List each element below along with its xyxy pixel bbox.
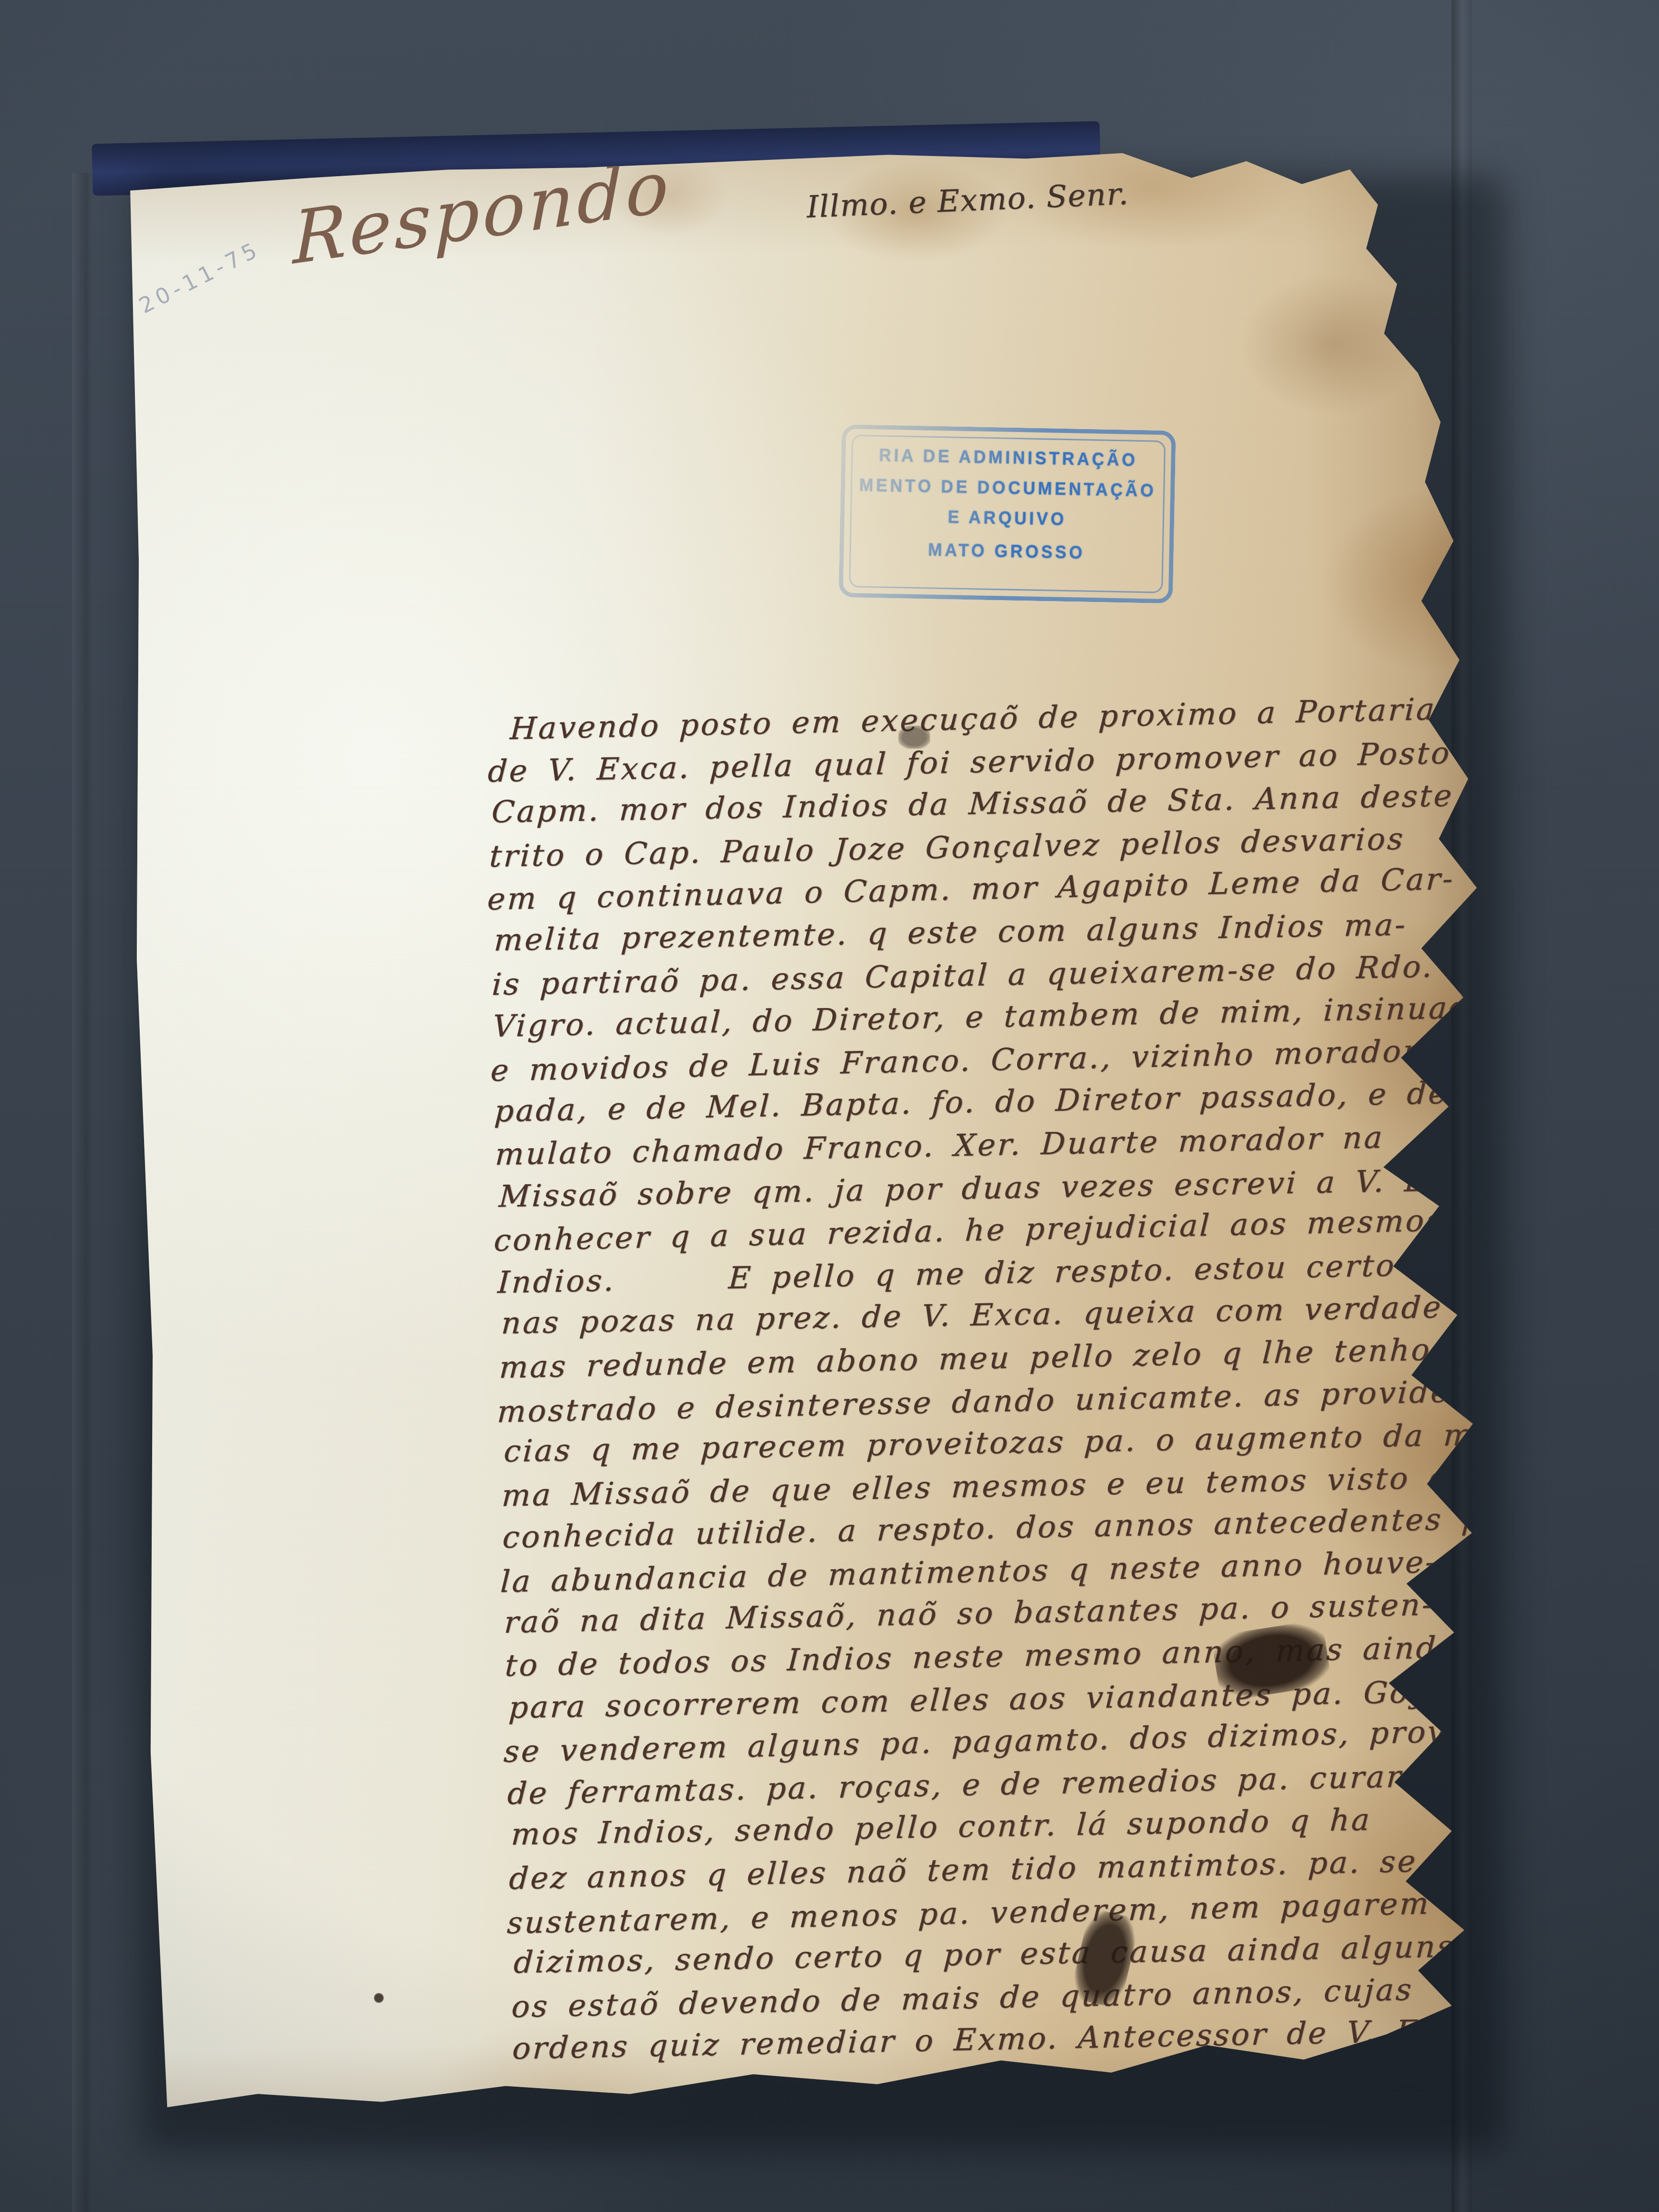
archive-stamp: RIA DE ADMINISTRAÇÃO MENTO DE DOCUMENTAÇ… <box>839 424 1176 603</box>
stamp-line-mato-grosso: MATO GROSSO <box>854 539 1160 565</box>
photo-stage: Respondo 20-11-75 Illmo. e Exmo. Senr. R… <box>0 0 1659 2212</box>
stamp-line-administration: RIA DE ADMINISTRAÇÃO <box>855 445 1162 471</box>
stamp-line-arquivo: E ARQUIVO <box>854 505 1160 531</box>
stamp-line-documentation: MENTO DE DOCUMENTAÇÃO <box>854 475 1161 501</box>
archive-photograph: Respondo 20-11-75 Illmo. e Exmo. Senr. R… <box>0 0 1659 2212</box>
backdrop-fold-left <box>72 173 92 2212</box>
ink-smudge-small <box>898 725 930 749</box>
manuscript-body: Havendo posto em execuçaõ de proximo a P… <box>487 688 1544 2072</box>
manuscript-sheet: Respondo 20-11-75 Illmo. e Exmo. Senr. R… <box>118 144 1526 2150</box>
